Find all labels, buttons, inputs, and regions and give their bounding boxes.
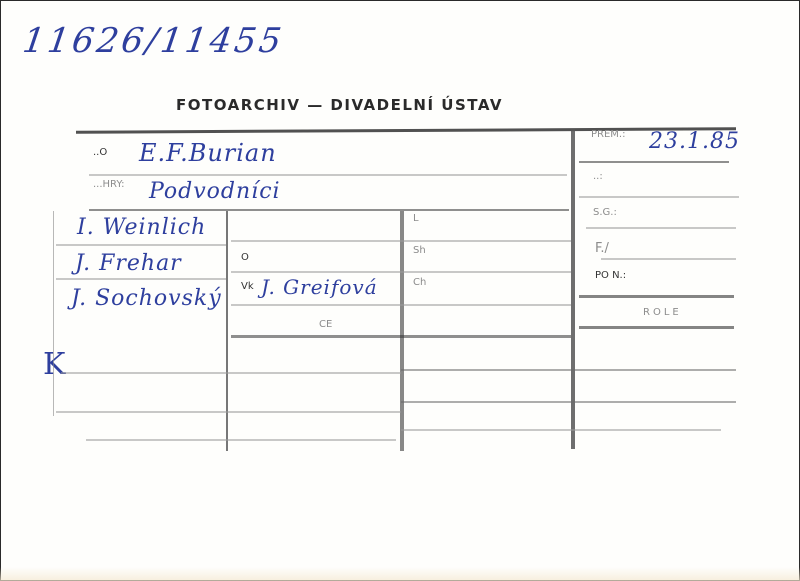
lower-row-line-1b [401,369,736,371]
divider-mid-right [400,211,404,451]
frame-left-line [53,211,54,416]
lower-row-line-2b [401,401,736,403]
lower-row-line-3 [86,439,396,441]
sg-label: S.G.: [593,207,617,218]
cast-name-1: I. Weinlich [77,215,206,240]
right-row-line-5 [579,295,734,298]
divider-mid-left [226,211,228,451]
vk-value: J. Greifová [261,275,378,299]
cast-row-line-2 [56,278,226,280]
lower-row-line-2 [56,411,401,413]
margin-mark: K [43,347,66,382]
pon-label: PO N.: [595,270,626,281]
cast-name-2: J. Frehar [75,251,182,276]
premiere-value: 23.1.85 [649,129,740,154]
paper-edge-tint [0,567,800,581]
mid-row-line-1 [231,240,571,242]
right-row-line-4 [601,258,736,260]
row-line-author [89,174,567,176]
mid-row-line-2 [231,271,571,273]
row-line-play [89,209,569,211]
lower-row-line-1 [61,372,401,374]
play-value: Podvodníci [149,179,281,204]
mid-row-line-3 [231,304,571,306]
premiere-label: PREM.: [591,129,625,140]
vk-label: Vk [241,281,254,292]
role-label: ROLE [643,307,682,318]
mid-row-line-4 [231,335,571,338]
photo-archive-card: 11626/11455 FOTOARCHIV — DIVADELNÍ ÚSTAV… [0,0,800,581]
sh-label: Sh [413,245,426,256]
right-label-2: ..: [593,171,603,182]
cast-name-3: J. Sochovský [71,286,222,311]
play-label: ...HRY: [93,179,125,190]
frame-top-line [76,127,736,133]
archive-header-stamp: FOTOARCHIV — DIVADELNÍ ÚSTAV [176,96,503,114]
right-row-line-2 [579,196,739,198]
o-label: O [241,252,249,263]
right-row-line-3 [586,227,736,229]
archive-number: 11626/11455 [20,21,286,61]
author-label: ..O [93,147,107,158]
right-row-line-6 [579,326,734,329]
right-row-line-1 [579,161,729,163]
ch-label: Ch [413,277,426,288]
lower-row-line-3b [401,429,721,431]
cast-row-line-1 [56,244,226,246]
f-label: F./ [595,241,609,256]
author-value: E.F.Burian [139,139,277,167]
ce-label: CE [319,319,332,330]
l-label: L [413,213,419,224]
